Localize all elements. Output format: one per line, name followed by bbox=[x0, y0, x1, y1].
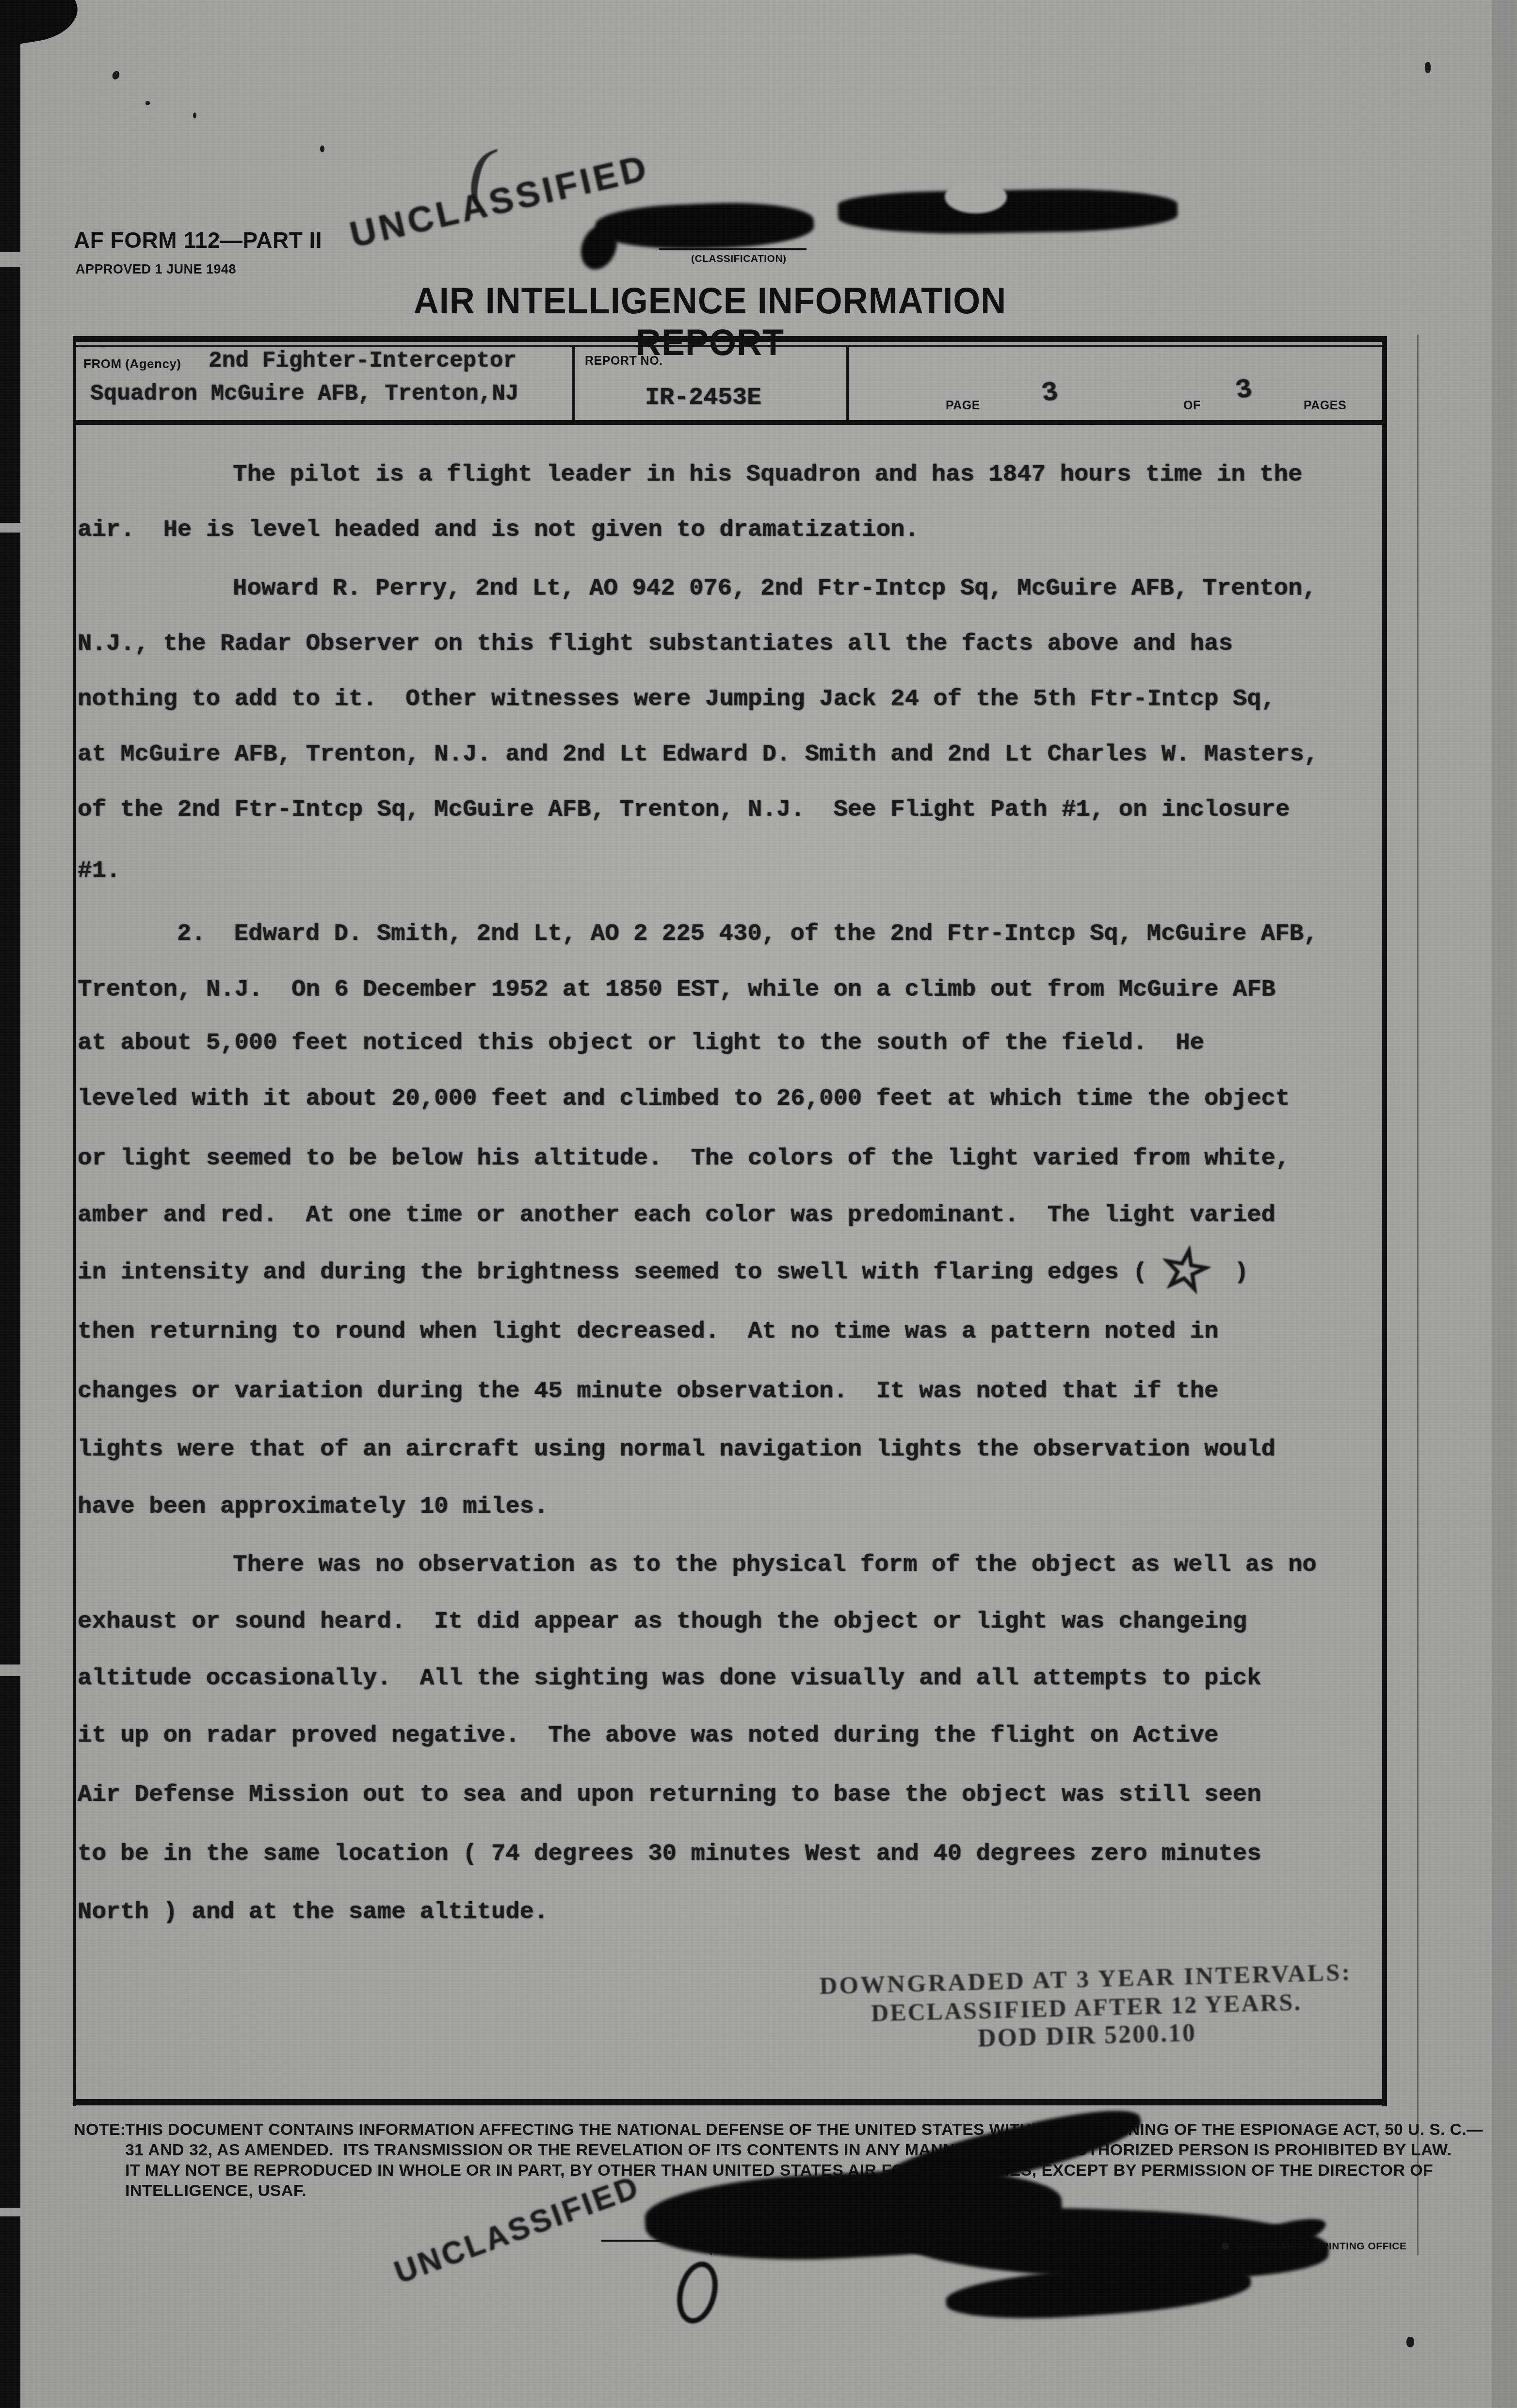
report-no-label: REPORT NO. bbox=[585, 354, 663, 368]
typed-line-11: at about 5,000 feet noticed this object … bbox=[78, 1023, 1204, 1062]
box-border-top-inner bbox=[73, 345, 1387, 347]
typed-line-12: leveled with it about 20,000 feet and cl… bbox=[78, 1079, 1290, 1118]
classification-label-top: (CLASSIFICATION) bbox=[691, 253, 787, 265]
film-nick bbox=[0, 2208, 20, 2216]
from-value-line1: 2nd Fighter-Interceptor bbox=[209, 348, 516, 373]
film-nick bbox=[0, 523, 20, 533]
typed-line-13: or light seemed to be below his altitude… bbox=[78, 1139, 1290, 1178]
footer-note-line1: THIS DOCUMENT CONTAINS INFORMATION AFFEC… bbox=[125, 2120, 1383, 2139]
header-divider-2 bbox=[846, 345, 849, 422]
box-border-right bbox=[1382, 336, 1387, 2106]
box-border-bottom bbox=[73, 2099, 1387, 2105]
header-border-bottom bbox=[73, 420, 1387, 425]
of-label: OF bbox=[1183, 399, 1201, 413]
ink-speck bbox=[111, 70, 121, 81]
box-border-top bbox=[73, 336, 1387, 342]
ink-speck bbox=[193, 113, 196, 118]
scan-corner-artifact bbox=[0, 0, 81, 48]
typed-line-18: lights were that of an aircraft using no… bbox=[78, 1430, 1275, 1469]
gpo-star-icon bbox=[1222, 2243, 1229, 2249]
ink-speck bbox=[1406, 2337, 1414, 2347]
from-label: FROM (Agency) bbox=[83, 356, 181, 372]
downgraded-stamp: DOWNGRADED AT 3 YEAR INTERVALS: DECLASSI… bbox=[790, 1957, 1383, 2058]
scanned-document-page: AF FORM 112—PART II APPROVED 1 JUNE 1948… bbox=[0, 0, 1517, 2408]
redaction-blob bbox=[838, 187, 1178, 236]
footer-note-label: NOTE: bbox=[74, 2120, 126, 2139]
page-label: PAGE bbox=[946, 399, 980, 413]
typed-line-23: it up on radar proved negative. The abov… bbox=[78, 1716, 1218, 1755]
page-value: 3 bbox=[1040, 376, 1060, 409]
hand-drawn-circle-mark bbox=[671, 2257, 724, 2327]
film-nick bbox=[0, 252, 20, 267]
typed-line-8: #1. bbox=[78, 851, 120, 890]
typed-line-4: N.J., the Radar Observer on this flight … bbox=[78, 624, 1233, 663]
scan-right-edge bbox=[1492, 0, 1517, 2408]
film-edge-line bbox=[1417, 335, 1419, 2255]
typed-line-21: exhaust or sound heard. It did appear as… bbox=[78, 1602, 1247, 1641]
footer-note-line2: 31 AND 32, AS AMENDED. ITS TRANSMISSION … bbox=[125, 2141, 1452, 2160]
footer-note-line4: INTELLIGENCE, USAF. bbox=[125, 2182, 307, 2200]
ink-speck bbox=[320, 145, 324, 152]
from-value-line2: Squadron McGuire AFB, Trenton,NJ bbox=[90, 381, 518, 406]
hand-drawn-star-icon: ☆ bbox=[1155, 1232, 1217, 1307]
typed-line-7: of the 2nd Ftr-Intcp Sq, McGuire AFB, Tr… bbox=[78, 790, 1290, 829]
typed-line-20: There was no observation as to the physi… bbox=[233, 1545, 1317, 1584]
ink-speck bbox=[1425, 62, 1431, 73]
star-close-paren: ) bbox=[1234, 1253, 1248, 1292]
typed-line-22: altitude occasionally. All the sighting … bbox=[78, 1659, 1261, 1697]
report-no-value: IR-2453E bbox=[645, 384, 761, 412]
gpo-credit: GOVERNMENT PRINTING OFFICE bbox=[1236, 2241, 1407, 2252]
typed-line-14: amber and red. At one time or another ea… bbox=[78, 1196, 1275, 1234]
header-divider-1 bbox=[572, 345, 575, 422]
film-edge-strip bbox=[0, 0, 20, 2408]
unclassified-stamp-bottom: UNCLASSIFIED bbox=[389, 2168, 645, 2291]
typed-line-2: air. He is level headed and is not given… bbox=[78, 510, 919, 549]
redaction-blob bbox=[595, 200, 815, 252]
typed-line-16: then returning to round when light decre… bbox=[78, 1312, 1218, 1351]
typed-line-26: North ) and at the same altitude. bbox=[78, 1892, 548, 1931]
form-approved-date: APPROVED 1 JUNE 1948 bbox=[76, 262, 236, 277]
typed-line-25: to be in the same location ( 74 degrees … bbox=[78, 1834, 1261, 1873]
pages-label: PAGES bbox=[1304, 399, 1346, 413]
typed-line-19: have been approximately 10 miles. bbox=[78, 1487, 548, 1526]
typed-line-1: The pilot is a flight leader in his Squa… bbox=[233, 455, 1302, 494]
film-nick bbox=[0, 1665, 20, 1676]
typed-line-3: Howard R. Perry, 2nd Lt, AO 942 076, 2nd… bbox=[233, 569, 1317, 608]
classification-line-top bbox=[659, 248, 807, 250]
typed-line-5: nothing to add to it. Other witnesses we… bbox=[78, 679, 1275, 718]
ink-speck bbox=[145, 101, 150, 105]
typed-line-17: changes or variation during the 45 minut… bbox=[78, 1372, 1218, 1410]
typed-line-15: in intensity and during the brightness s… bbox=[78, 1253, 1147, 1292]
typed-line-6: at McGuire AFB, Trenton, N.J. and 2nd Lt… bbox=[78, 735, 1318, 774]
pages-value: 3 bbox=[1233, 373, 1255, 407]
typed-line-24: Air Defense Mission out to sea and upon … bbox=[78, 1775, 1261, 1814]
redaction-gap bbox=[945, 180, 1007, 213]
box-border-left bbox=[73, 336, 76, 2106]
typed-line-10: Trenton, N.J. On 6 December 1952 at 1850… bbox=[78, 970, 1275, 1009]
typed-line-9: 2. Edward D. Smith, 2nd Lt, AO 2 225 430… bbox=[177, 914, 1318, 953]
form-id: AF FORM 112—PART II bbox=[74, 227, 322, 253]
